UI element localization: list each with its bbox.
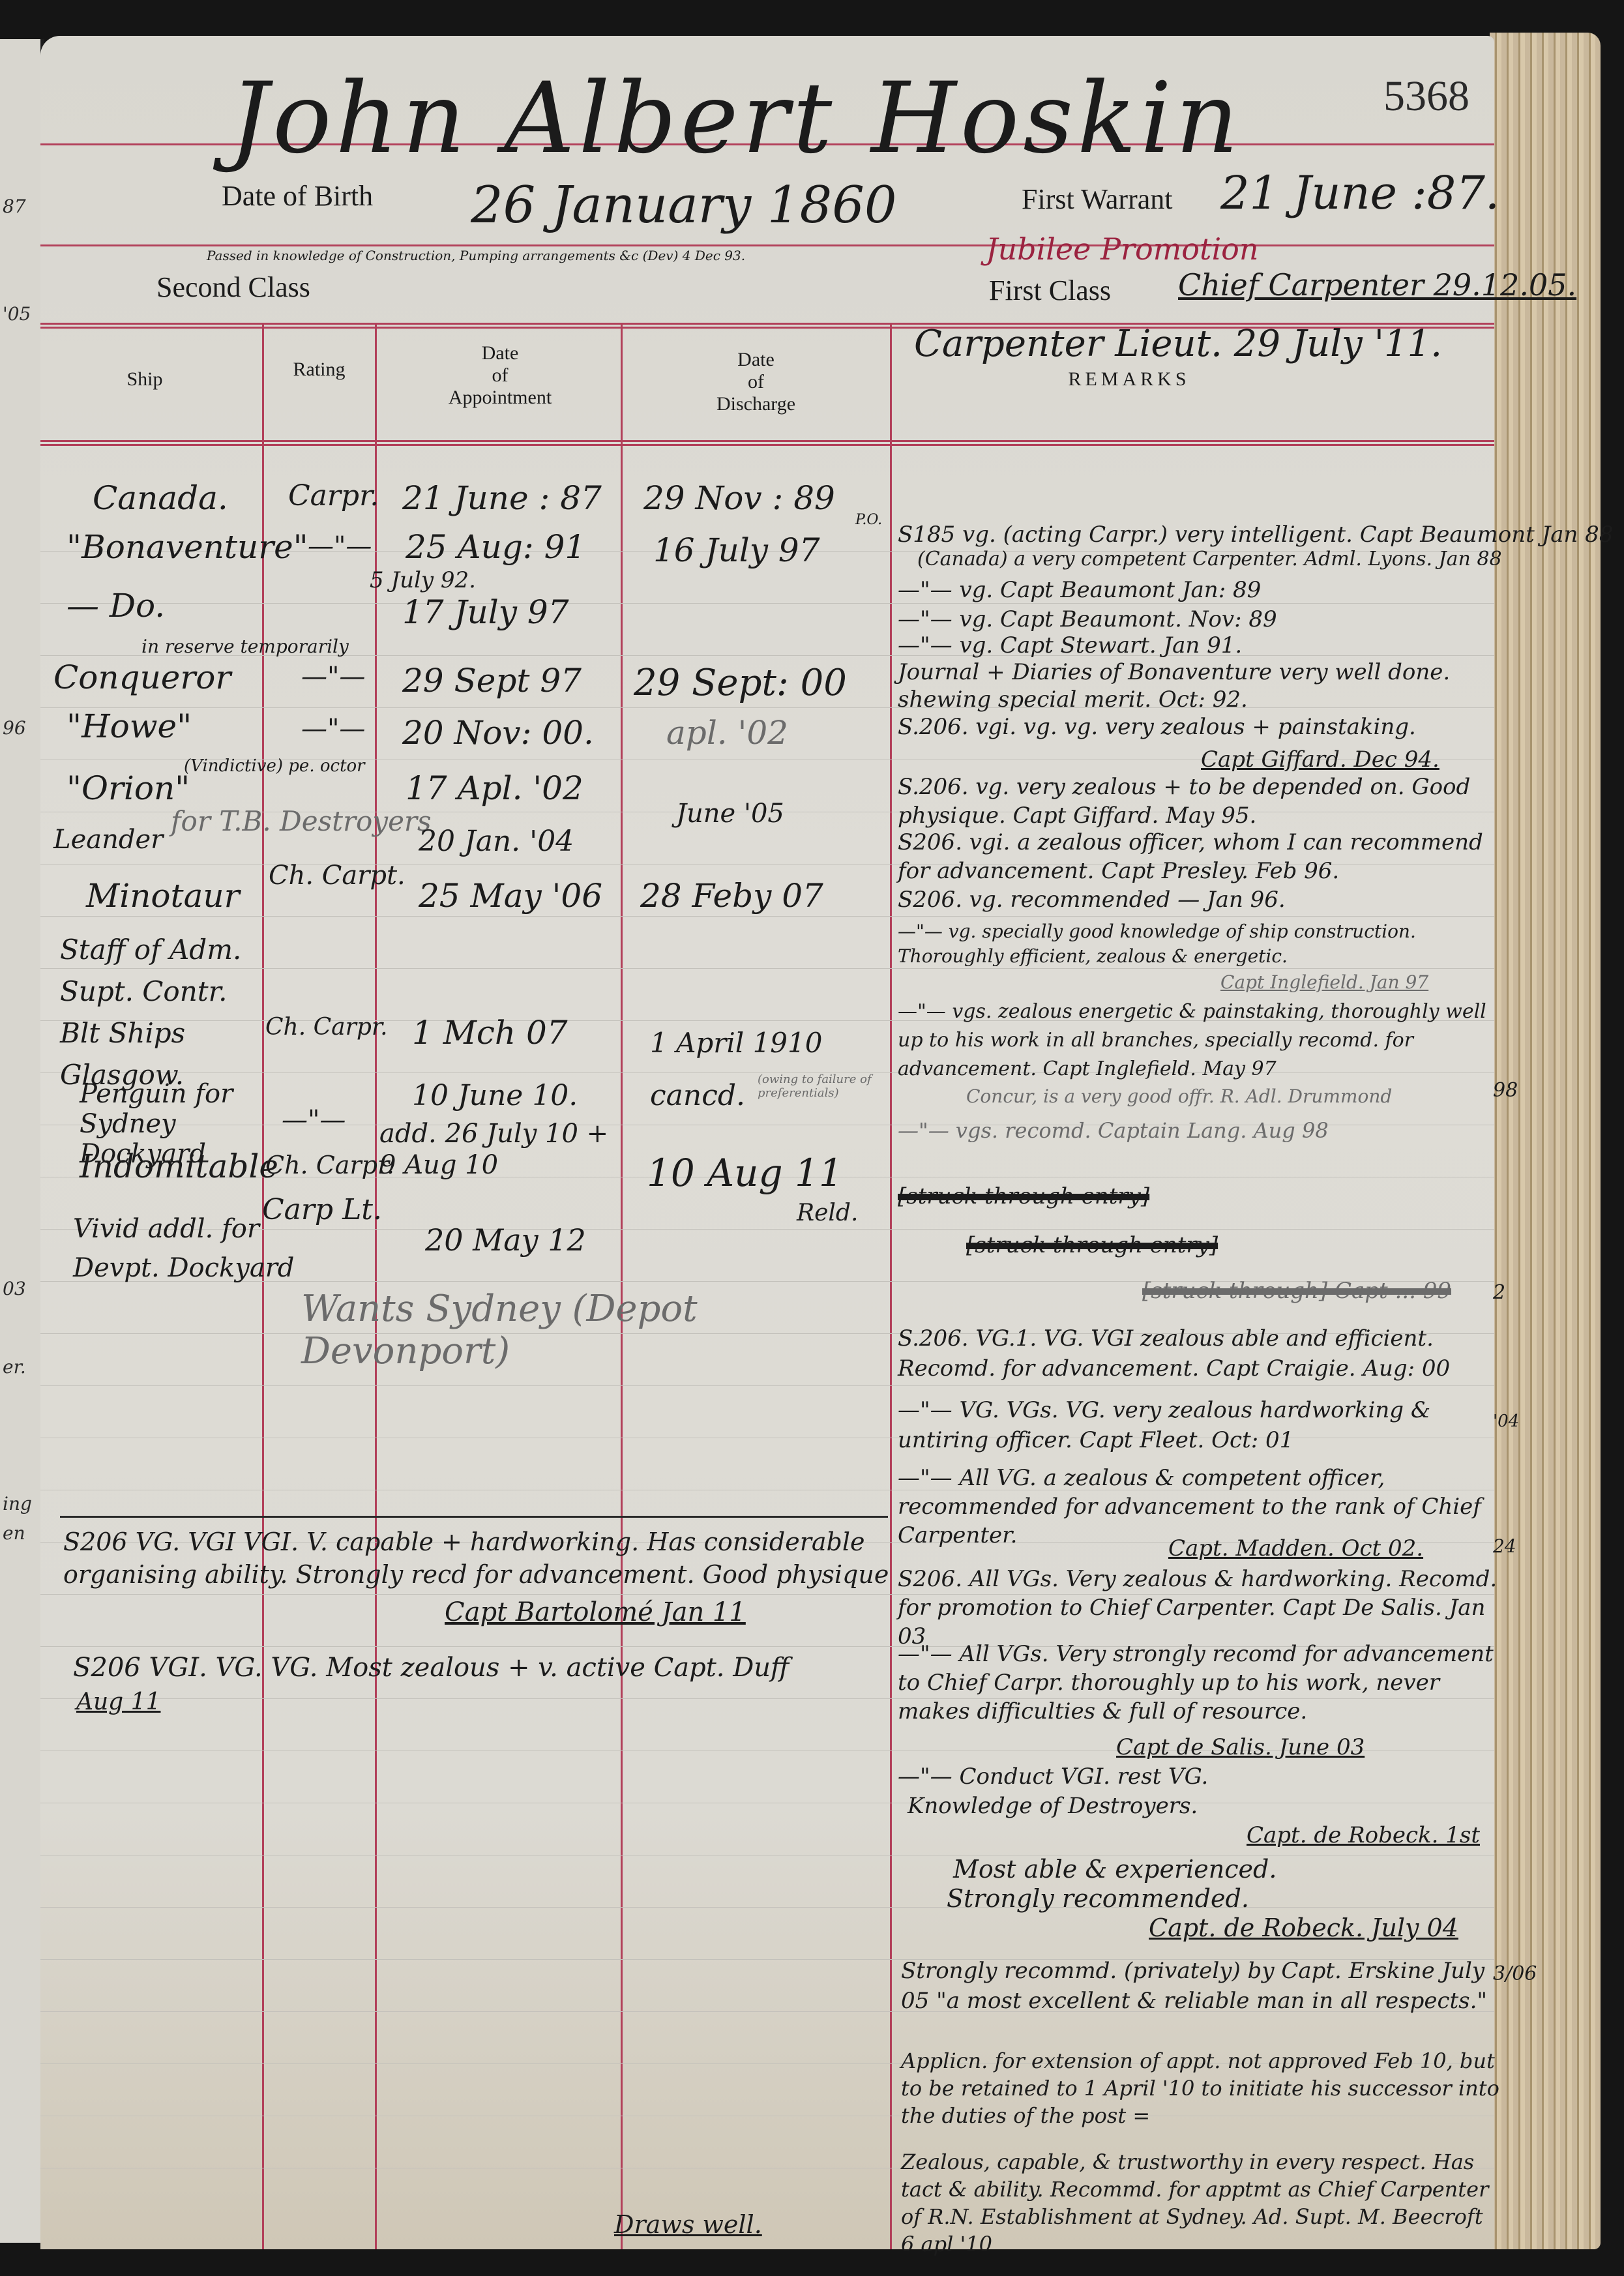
remark-signature: Capt de Salis. June 03 bbox=[1116, 1734, 1365, 1760]
lower-remark-signature: Capt Bartolomé Jan 11 bbox=[445, 1597, 746, 1627]
rating-cell: Ch. Carpr. bbox=[265, 1014, 388, 1041]
ship-cell: Indomitable bbox=[80, 1147, 278, 1185]
header-discharge: DateofDischarge bbox=[624, 349, 888, 415]
pencil-note-wants-sydney: Wants Sydney (Depot Devonport) bbox=[301, 1288, 888, 1372]
ship-cell: Leander bbox=[53, 825, 163, 855]
header-appointment: DateofAppointment bbox=[379, 342, 621, 409]
vindictive-note: (Vindictive) pe. octor bbox=[184, 756, 365, 776]
appointment-date-cell: 20 Jan. '04 bbox=[419, 825, 574, 858]
remark: —"— vg. Capt Beaumont Jan: 89 bbox=[898, 577, 1261, 603]
discharge-date-cell: apl. '02 bbox=[666, 714, 788, 752]
rating-cell: Ch. Carpr. bbox=[265, 1151, 394, 1179]
remark: Journal + Diaries of Bonaventure very we… bbox=[898, 658, 1498, 713]
appointment-date-cell: 25 May '06 bbox=[419, 877, 602, 915]
ledger-page: John Albert Hoskin 5368 Date of Birth 26… bbox=[40, 36, 1494, 2249]
margin-fragment: 24 bbox=[1493, 1535, 1516, 1557]
remark: Concur, is a very good offr. R. Adl. Dru… bbox=[966, 1086, 1392, 1107]
header-remarks: REMARKS bbox=[901, 368, 1357, 391]
remark: S185 vg. (acting Carpr.) very intelligen… bbox=[898, 522, 1613, 548]
rating-cell: Carp Lt. bbox=[262, 1193, 382, 1226]
remark: —"— vg. Capt Stewart. Jan 91. bbox=[898, 632, 1242, 658]
remark-signature: Capt. de Robeck. 1st bbox=[1247, 1822, 1480, 1848]
remark: S206. vgi. a zealous officer, whom I can… bbox=[898, 828, 1498, 885]
carpenter-lieutenant-note: Carpenter Lieut. 29 July '11. bbox=[914, 323, 1442, 365]
book-page-edges bbox=[1490, 33, 1601, 2249]
remark-signature: Capt. Madden. Oct 02. bbox=[1168, 1535, 1423, 1561]
remark-signature: Capt Inglefield. Jan 97 bbox=[1220, 971, 1428, 993]
remark: (Canada) a very competent Carpenter. Adm… bbox=[917, 548, 1502, 570]
appointment-date-cell: 17 July 97 bbox=[402, 593, 569, 631]
discharge-date-cell: 10 Aug 11 bbox=[647, 1151, 843, 1195]
remark-signature: Capt Giffard. Dec 94. bbox=[1201, 746, 1439, 773]
rating-cell: Carpr. bbox=[288, 479, 379, 512]
remark: S.206. vgi. vg. vg. very zealous + pains… bbox=[898, 714, 1416, 740]
margin-fragment: 87 bbox=[3, 196, 26, 217]
remark: S206. All VGs. Very zealous & hardworkin… bbox=[898, 1565, 1498, 1651]
remark: —"— VG. VGs. VG. very zealous hardworkin… bbox=[898, 1395, 1498, 1455]
discharge-date-cell: 16 July 97 bbox=[653, 531, 820, 569]
relieved-note: Reld. bbox=[797, 1200, 858, 1226]
remark: Knowledge of Destroyers. bbox=[908, 1793, 1198, 1819]
ship-cell: Staff of Adm. Supt. Contr. Blt Ships Gla… bbox=[60, 929, 262, 1096]
column-divider bbox=[890, 323, 892, 2249]
second-class-label: Second Class bbox=[156, 271, 310, 304]
appointment-date-cell: 17 Apl. '02 bbox=[406, 769, 583, 807]
appointment-date-cell: 1 Mch 07 bbox=[412, 1014, 568, 1052]
appointment-date-cell: 25 Aug: 91 bbox=[406, 528, 585, 566]
remark: S.206. vg. very zealous + to be depended… bbox=[898, 773, 1498, 830]
column-divider bbox=[375, 323, 377, 2249]
discharge-date-cell: June '05 bbox=[676, 799, 784, 829]
appointment-date-cell: 5 July 92. bbox=[370, 567, 476, 593]
draws-well-note: Draws well. bbox=[614, 2210, 762, 2239]
date-of-birth-label: Date of Birth bbox=[222, 179, 373, 213]
lower-remark-date: Aug 11 bbox=[76, 1689, 160, 1715]
first-warrant-label: First Warrant bbox=[1022, 183, 1173, 216]
appointment-date-cell: 20 May 12 bbox=[425, 1222, 586, 1258]
rating-cell: —"— bbox=[301, 662, 365, 692]
header-ship: Ship bbox=[80, 368, 210, 391]
officer-name: John Albert Hoskin bbox=[229, 62, 1243, 175]
rating-cell: —"— bbox=[282, 1105, 346, 1135]
remark: S.206. VG.1. VG. VGI zealous able and ef… bbox=[898, 1323, 1498, 1383]
margin-fragment: '05 bbox=[3, 303, 31, 325]
discharge-date-cell: 1 April 1910 bbox=[650, 1027, 822, 1059]
column-divider bbox=[621, 323, 623, 2249]
struck-remark: [struck-through] Capt ... 99 bbox=[1142, 1278, 1451, 1304]
rating-cell: —"— bbox=[301, 714, 365, 744]
table-header-rule bbox=[40, 440, 1494, 446]
discharge-date-cell: cancd. bbox=[650, 1079, 745, 1112]
reserve-note: in reserve temporarily bbox=[141, 636, 349, 657]
margin-fragment: '04 bbox=[1493, 1411, 1519, 1431]
jubilee-promotion-note: Jubilee Promotion bbox=[986, 231, 1258, 267]
struck-remark: [struck-through entry] bbox=[898, 1183, 1149, 1209]
discharge-date-cell: 28 Feby 07 bbox=[640, 877, 823, 915]
discharge-date-cell: 29 Nov : 89 bbox=[643, 479, 835, 517]
rating-cell: —"— bbox=[308, 531, 372, 561]
margin-fragment: ing bbox=[3, 1493, 32, 1515]
ship-cell: Canada. bbox=[93, 479, 228, 517]
remark: Strongly recommended. bbox=[947, 1884, 1249, 1913]
margin-fragment: 98 bbox=[1493, 1079, 1518, 1102]
margin-fragment: er. bbox=[3, 1356, 26, 1378]
appointment-date-cell: 21 June : 87 bbox=[402, 479, 602, 517]
remark: Strongly recommd. (privately) by Capt. E… bbox=[901, 1956, 1501, 2016]
cancellation-reason: (owing to failure of preferentials) bbox=[758, 1072, 881, 1100]
margin-fragment: 2 bbox=[1493, 1281, 1505, 1304]
remark: —"— vg. Capt Beaumont. Nov: 89 bbox=[898, 606, 1277, 632]
ship-cell: Conqueror bbox=[53, 658, 231, 696]
header-rule bbox=[40, 244, 1494, 246]
remark: —"— Conduct VGI. rest VG. bbox=[898, 1764, 1208, 1790]
remark: S206. vg. recommended — Jan 96. bbox=[898, 887, 1286, 913]
remark: —"— vgs. recomd. Captain Lang. Aug 98 bbox=[898, 1118, 1329, 1143]
ship-cell: — Do. bbox=[66, 587, 165, 625]
remark: Applicn. for extension of appt. not appr… bbox=[901, 2047, 1501, 2129]
destroyers-note: for T.B. Destroyers bbox=[171, 805, 432, 837]
margin-fragment: 3/06 bbox=[1493, 1962, 1537, 1985]
remark: Most able & experienced. bbox=[953, 1855, 1277, 1884]
remark: —"— vg. specially good knowledge of ship… bbox=[898, 919, 1498, 969]
rating-cell: Ch. Carpt. bbox=[269, 861, 406, 891]
appointment-date-cell: 20 Nov: 00. bbox=[402, 714, 594, 752]
first-class-label: First Class bbox=[989, 274, 1111, 307]
po-note: P.O. bbox=[855, 512, 882, 528]
date-of-birth-value: 26 January 1860 bbox=[471, 176, 896, 235]
struck-remark: [struck-through entry] bbox=[966, 1232, 1218, 1258]
remark: —"— All VGs. Very strongly recomd for ad… bbox=[898, 1640, 1498, 1726]
remark: Zealous, capable, & trustworthy in every… bbox=[901, 2148, 1501, 2258]
margin-fragment: 96 bbox=[3, 717, 26, 739]
ship-cell: "Bonaventure" bbox=[66, 528, 308, 566]
margin-fragment: en bbox=[3, 1522, 25, 1544]
ship-cell: "Howe" bbox=[66, 707, 192, 745]
exam-note: Passed in knowledge of Construction, Pum… bbox=[207, 248, 745, 263]
margin-fragment: 03 bbox=[3, 1278, 26, 1299]
first-class-value: Chief Carpenter 29.12.05. bbox=[1178, 267, 1576, 303]
header-rating: Rating bbox=[265, 359, 373, 381]
appointment-date-cell: 29 Sept 97 bbox=[402, 662, 582, 700]
appointment-date-cell: add. 26 July 10 + 9 Aug 10 bbox=[379, 1118, 627, 1181]
ship-cell: Minotaur bbox=[86, 877, 240, 915]
page-number: 5368 bbox=[1383, 72, 1469, 121]
facing-page-edge: 87 '05 96 03 er. ing en bbox=[0, 39, 44, 2243]
remark: —"— vgs. zealous energetic & painstaking… bbox=[898, 998, 1498, 1084]
appointment-date-cell: 10 June 10. bbox=[412, 1079, 578, 1112]
lower-remark: S206 VG. VGI VGI. V. capable + hardworki… bbox=[63, 1526, 911, 1591]
first-warrant-value: 21 June :87. bbox=[1220, 166, 1499, 220]
discharge-date-cell: 29 Sept: 00 bbox=[634, 662, 847, 704]
separator-rule bbox=[60, 1516, 888, 1518]
lower-remark: S206 VGI. VG. VG. Most zealous + v. acti… bbox=[73, 1653, 789, 1683]
ship-cell: "Orion" bbox=[66, 769, 190, 807]
remark-signature: Capt. de Robeck. July 04 bbox=[1149, 1914, 1458, 1942]
